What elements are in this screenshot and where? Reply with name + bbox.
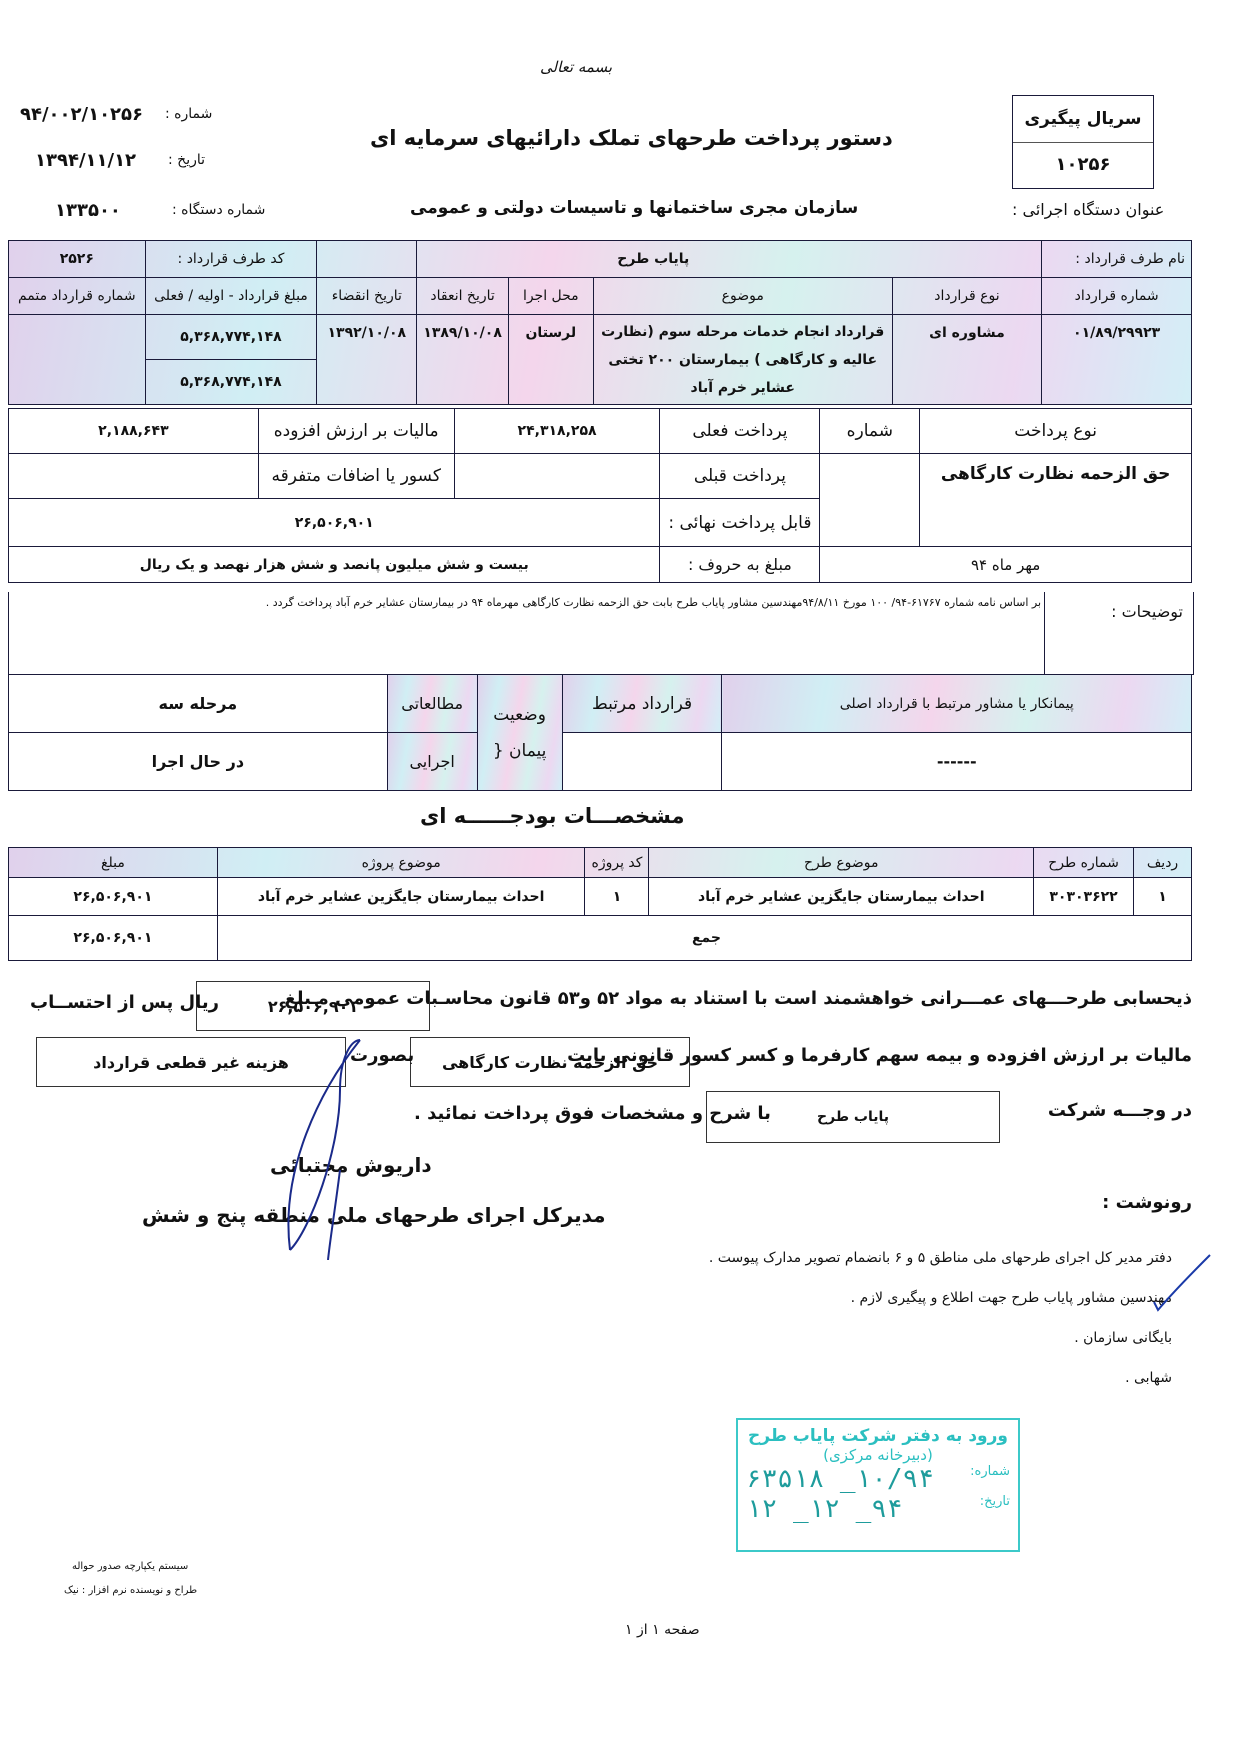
amount-words-label: مبلغ به حروف :: [660, 547, 820, 583]
th-project-code: کد پروژه: [585, 848, 649, 878]
payment-number-label: شماره: [820, 409, 920, 454]
party-code-value: ۲۵۲۶: [9, 241, 146, 278]
instruction-reason-box: حق الزحمه نظارت کارگاهی: [410, 1037, 690, 1087]
related-contractor-value: ------: [722, 733, 1192, 791]
copy-item: شهابی .: [1125, 1370, 1172, 1386]
exec-label: اجرایی: [387, 733, 477, 791]
th-plan-subject: موضوع طرح: [649, 848, 1034, 878]
total-value: ۲۶,۵۰۶,۹۰۱: [9, 916, 218, 961]
tracking-serial-label: سریال پیگیری: [1013, 96, 1153, 143]
th-subject: موضوع: [593, 278, 892, 315]
th-start-date: تاریخ انعقاد: [417, 278, 509, 315]
related-contract-label: قرارداد مرتبط: [562, 675, 722, 733]
basmala: بسمه تعالی: [540, 58, 612, 76]
instruction-line3-start: در وجـــه شرکت: [1048, 1100, 1192, 1121]
previous-payment-label: پرداخت قبلی: [660, 454, 820, 499]
total-label: جمع: [217, 916, 1191, 961]
contract-end-date: ۱۳۹۲/۱۰/۰۸: [317, 315, 417, 405]
party-name-value: پایاب طرح: [417, 241, 1042, 278]
budget-title: مشخصـــات بودجــــــه ای: [420, 804, 685, 828]
plan-number: ۳۰۳۰۳۶۲۲: [1034, 878, 1134, 916]
copy-item: دفتر مدیر کل اجرای طرحهای ملی مناطق ۵ و …: [709, 1250, 1172, 1266]
payment-type-label: نوع پرداخت: [920, 409, 1192, 454]
number-label: شماره :: [165, 106, 212, 122]
status-cell: وضعیت پیمان {: [477, 675, 562, 791]
contract-amount-current: ۵,۳۶۸,۷۷۴,۱۴۸: [145, 360, 317, 405]
date-label: تاریخ :: [168, 152, 205, 168]
instruction-amount-box: ۲۶,۵۰۶,۹۰۱: [196, 981, 430, 1031]
th-end-date: تاریخ انقضاء: [317, 278, 417, 315]
instruction-line1-end: ریال پس از احتســاب: [30, 992, 219, 1013]
party-name-label: نام طرف قرارداد :: [1042, 241, 1192, 278]
row-index: ۱: [1134, 878, 1192, 916]
stamp-number-label: شماره:: [970, 1464, 1010, 1494]
budget-table: ردیف شماره طرح موضوع طرح کد پروژه موضوع …: [8, 847, 1192, 961]
notes-text: بر اساس نامه شماره ۶۱۷۶۷-۹۴/ ۱۰۰ مورخ ۹۴…: [266, 596, 1041, 609]
study-value: مرحله سه: [9, 675, 388, 733]
related-contractor-label: پیمانکار یا مشاور مرتبط با قرارداد اصلی: [722, 675, 1192, 733]
instruction-line3-end: با شرح و مشخصات فوق پرداخت نمائید .: [414, 1103, 771, 1124]
page-number: صفحه ۱ از ۱: [625, 1622, 700, 1638]
contract-brace-label: پیمان {: [484, 733, 556, 769]
tracking-serial-box: سریال پیگیری ۱۰۲۵۶: [1012, 95, 1154, 189]
th-amount: مبلغ قرارداد - اولیه / فعلی: [145, 278, 317, 315]
contract-amount-initial: ۵,۳۶۸,۷۷۴,۱۴۸: [145, 315, 317, 360]
contract-type: مشاوره ای: [892, 315, 1042, 405]
current-payment-value: ۲۴,۳۱۸,۲۵۸: [454, 409, 660, 454]
vat-label: مالیات بر ارزش افزوده: [258, 409, 454, 454]
stamp-line2: (دبیرخانه مرکزی): [738, 1446, 1018, 1464]
misc-value: [9, 454, 259, 499]
notes-label: توضیحات :: [1111, 602, 1183, 621]
contract-supplement: [9, 315, 146, 405]
organization-name: سازمان مجری ساختمانها و تاسیسات دولتی و …: [410, 198, 858, 218]
th-contract-number: شماره قرارداد: [1042, 278, 1192, 315]
contract-table: نام طرف قرارداد : پایاب طرح کد طرف قرارد…: [8, 240, 1192, 405]
tracking-serial-value: ۱۰۲۵۶: [1013, 143, 1153, 187]
notes-box: توضیحات : بر اساس نامه شماره ۶۱۷۶۷-۹۴/ ۱…: [8, 592, 1194, 675]
document-title: دستور پرداخت طرحهای تملک دارائیهای سرمای…: [370, 126, 893, 150]
checkmark-icon: [1150, 1250, 1220, 1320]
copy-item: مهندسین مشاور پایاب طرح جهت اطلاع و پیگی…: [851, 1290, 1172, 1306]
number-value: ۹۴/۰۰۲/۱۰۲۵۶: [20, 104, 143, 125]
contract-start-date: ۱۳۸۹/۱۰/۰۸: [417, 315, 509, 405]
stamp-number-value: ۱۰/۹۴_ ۶۳۵۱۸: [746, 1464, 934, 1494]
project-code: ۱: [585, 878, 649, 916]
stamp-date-value: ۹۴_ ۱۲_ ۱۲: [746, 1494, 903, 1524]
copies-label: رونوشت :: [1102, 1192, 1192, 1213]
copy-item: بایگانی سازمان .: [1074, 1330, 1172, 1346]
th-project-subject: موضوع پروژه: [217, 848, 585, 878]
exec-value: در حال اجرا: [9, 733, 388, 791]
received-stamp: ورود به دفتر شرکت پایاب طرح (دبیرخانه مر…: [736, 1418, 1020, 1552]
th-supplement: شماره قرارداد متمم: [9, 278, 146, 315]
plan-subject: احداث بیمارستان جایگزین عشایر خرم آباد: [649, 878, 1034, 916]
previous-payment-value: [454, 454, 660, 499]
stamp-line1: ورود به دفتر شرکت پایاب طرح: [738, 1426, 1018, 1446]
th-location: محل اجرا: [508, 278, 593, 315]
contract-number: ۰۱/۸۹/۲۹۹۲۳: [1042, 315, 1192, 405]
misc-label: کسور یا اضافات متفرقه: [258, 454, 454, 499]
vat-value: ۲,۱۸۸,۶۴۳: [9, 409, 259, 454]
stamp-date-label: تاریخ:: [980, 1494, 1010, 1524]
th-row: ردیف: [1134, 848, 1192, 878]
final-payment-label: قابل پرداخت نهائی :: [660, 499, 820, 547]
th-amount: مبلغ: [9, 848, 218, 878]
status-label: وضعیت: [484, 697, 556, 733]
th-plan-number: شماره طرح: [1034, 848, 1134, 878]
related-table: پیمانکار یا مشاور مرتبط با قرارداد اصلی …: [8, 674, 1192, 791]
project-subject: احداث بیمارستان جایگزین عشایر خرم آباد: [217, 878, 585, 916]
device-number-label: شماره دستگاه :: [172, 202, 265, 218]
row-amount: ۲۶,۵۰۶,۹۰۱: [9, 878, 218, 916]
signature-scribble-icon: [240, 1030, 440, 1260]
device-number-value: ۱۳۳۵۰۰: [55, 200, 121, 221]
final-payment-value: ۲۶,۵۰۶,۹۰۱: [9, 499, 660, 547]
study-label: مطالعاتی: [387, 675, 477, 733]
payment-number-value: [820, 454, 920, 547]
payment-table: نوع پرداخت شماره پرداخت فعلی ۲۴,۳۱۸,۲۵۸ …: [8, 408, 1192, 583]
contract-location: لرستان: [508, 315, 593, 405]
software-author: طراح و نویسنده نرم افزار : نیک: [64, 1585, 197, 1596]
current-payment-label: پرداخت فعلی: [660, 409, 820, 454]
contract-subject: قرارداد انجام خدمات مرحله سوم (نظارت عال…: [593, 315, 892, 405]
payment-period: مهر ماه ۹۴: [820, 547, 1192, 583]
table-row: ۱ ۳۰۳۰۳۶۲۲ احداث بیمارستان جایگزین عشایر…: [9, 878, 1192, 916]
party-code-label: کد طرف قرارداد :: [145, 241, 317, 278]
system-name: سیستم یکپارچه صدور حواله: [72, 1561, 188, 1572]
amount-words-value: بیست و شش میلیون پانصد و شش هزار نهصد و …: [9, 547, 660, 583]
th-contract-type: نوع قرارداد: [892, 278, 1042, 315]
related-contract-value: [562, 733, 722, 791]
organization-label: عنوان دستگاه اجرائی :: [1012, 200, 1164, 219]
date-value: ۱۳۹۴/۱۱/۱۲: [35, 150, 136, 171]
payment-type-value: حق الزحمه نظارت کارگاهی: [920, 454, 1192, 547]
